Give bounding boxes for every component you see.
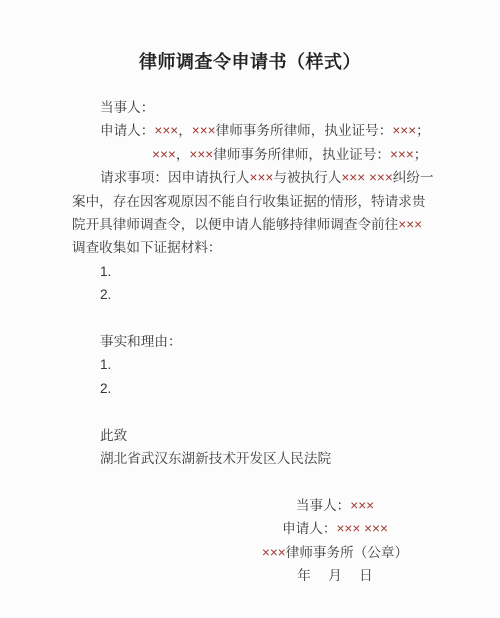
placeholder-x: ×××	[152, 147, 176, 162]
document-title: 律师调查令申请书（样式）	[0, 50, 500, 74]
placeholder-x: ×××	[369, 170, 393, 185]
document-page: 律师调查令申请书（样式） 当事人： 申请人：×××，×××律师事务所律师，执业证…	[0, 0, 500, 618]
request-line: 院开具律师调查令，以便申请人能够持律师调查令前往×××	[72, 213, 432, 236]
party-line: 当事人：	[72, 96, 432, 119]
evidence-item-2: 2.	[72, 283, 432, 306]
placeholder-x: ×××	[336, 521, 360, 536]
blank-line	[72, 470, 432, 493]
placeholder-x: ×××	[154, 123, 178, 138]
court-name: 湖北省武汉东湖新技术开发区人民法院	[72, 447, 432, 470]
facts-heading: 事实和理由：	[72, 330, 432, 353]
signature-party: 当事人：×××	[230, 494, 440, 517]
evidence-item-1: 1.	[72, 260, 432, 283]
facts-item-2: 2.	[72, 377, 432, 400]
facts-item-1: 1.	[72, 353, 432, 376]
placeholder-x: ×××	[262, 545, 286, 560]
placeholder-x: ×××	[192, 123, 216, 138]
signature-firm: ×××律师事务所（公章）	[230, 541, 440, 564]
signature-block: 当事人：××× 申请人：××× ××× ×××律师事务所（公章） 年 月 日	[230, 494, 440, 588]
request-paragraph: 请求事项：因申请执行人×××与被执行人××× ×××纠纷一 案中，存在因客观原因…	[72, 166, 432, 260]
placeholder-x: ×××	[392, 123, 416, 138]
document-body: 当事人： 申请人：×××，×××律师事务所律师，执业证号：×××； ×××，××…	[72, 96, 432, 587]
placeholder-x: ×××	[250, 170, 274, 185]
placeholder-x: ×××	[390, 147, 414, 162]
closing-line: 此致	[72, 424, 432, 447]
blank-line	[72, 400, 432, 423]
placeholder-x: ×××	[398, 217, 422, 232]
applicant-line-1: 申请人：×××，×××律师事务所律师，执业证号：×××；	[72, 119, 432, 142]
request-line: 请求事项：因申请执行人×××与被执行人××× ×××纠纷一	[72, 166, 432, 189]
request-line: 调查收集如下证据材料：	[72, 236, 432, 259]
placeholder-x: ×××	[189, 147, 213, 162]
signature-date: 年 月 日	[230, 564, 440, 587]
placeholder-x: ×××	[341, 170, 365, 185]
request-line: 案中，存在因客观原因不能自行收集证据的情形，特请求贵	[72, 190, 432, 213]
placeholder-x: ×××	[364, 521, 388, 536]
signature-applicant: 申请人：××× ×××	[230, 517, 440, 540]
placeholder-x: ×××	[350, 498, 374, 513]
applicant-line-2: ×××，×××律师事务所律师，执业证号：×××；	[72, 143, 432, 166]
blank-line	[72, 307, 432, 330]
